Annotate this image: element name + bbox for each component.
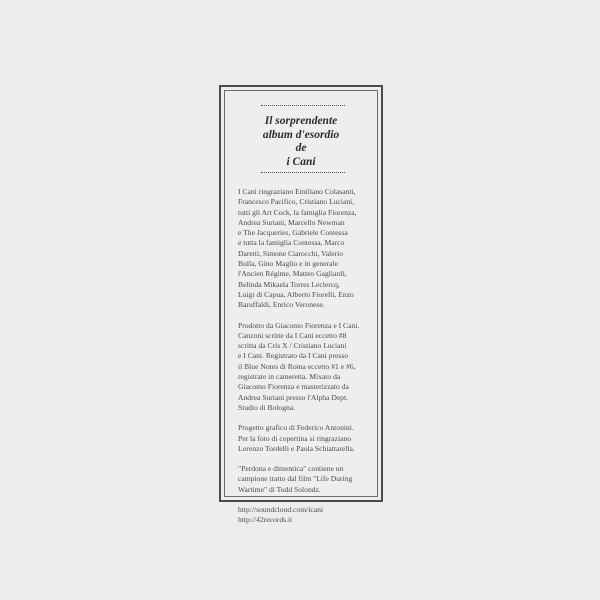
text-line: l'Ancien Régime, Matteo Gagliardi, [238,269,371,279]
text-line: Wartime" di Todd Solondz. [238,485,371,495]
text-line: Baruffaldi, Enrico Veronese. [238,300,371,310]
text-line: Francesco Pacifico, Cristiano Luciani, [238,197,371,207]
credits-text: I Cani ringraziano Emiliano Colasanti, F… [238,187,371,536]
sample-paragraph: "Perdona e dimentica" contiene un campio… [238,464,371,495]
title-line-3: de [225,142,377,156]
text-line: Prodotto da Giacomo Fiorenza e I Cani. [238,321,371,331]
text-line: Studio di Bologna. [238,403,371,413]
acknowledgements-paragraph: I Cani ringraziano Emiliano Colasanti, F… [238,187,371,311]
text-line: I Cani ringraziano Emiliano Colasanti, [238,187,371,197]
text-line: e I Cani. Registrato da I Cani presso [238,351,371,361]
text-line: Progetto grafico di Federico Antonini. [238,423,371,433]
album-title: Il sorprendente album d'esordio de i Can… [225,115,377,169]
text-line: Per la foto di copertina si ringraziano [238,434,371,444]
title-line-4: i Cani [225,156,377,170]
dotted-rule-top [261,105,345,106]
soundcloud-link: http://soundcloud.com/icani [238,505,371,515]
dotted-rule-bottom [261,172,345,173]
text-line: Luigi di Capua, Alberto Fiorelli, Enzo [238,290,371,300]
text-line: Daretti, Simone Ciarocchi, Valerio [238,249,371,259]
label-website-link: http://42records.it [238,515,371,525]
text-line: "Perdona e dimentica" contiene un [238,464,371,474]
text-line: Lorenzo Tordelli e Paola Schiattarella. [238,444,371,454]
text-line: registrate in cameretta. Mixato da [238,372,371,382]
title-line-1: Il sorprendente [225,115,377,129]
text-line: campione tratto dal film "Life During [238,474,371,484]
text-line: e tutta la famiglia Contessa, Marco [238,238,371,248]
text-line: Andrea Suriani, Marcello Newman [238,218,371,228]
production-paragraph: Prodotto da Giacomo Fiorenza e I Cani. C… [238,321,371,414]
text-line: Canzoni scritte da I Cani eccetto #8 [238,331,371,341]
text-line: scritta da Cris X / Cristiano Luciani [238,341,371,351]
text-line: il Blue Notes di Roma eccetto #1 e #6, [238,362,371,372]
design-paragraph: Progetto grafico di Federico Antonini. P… [238,423,371,454]
links-paragraph: http://soundcloud.com/icani http://42rec… [238,505,371,526]
title-line-2: album d'esordio [225,129,377,143]
credits-frame: Il sorprendente album d'esordio de i Can… [219,85,383,502]
text-line: Belinda Mikaela Torres Leclercq, [238,280,371,290]
text-line: Andrea Suriani presso l'Alpha Dept. [238,393,371,403]
text-line: tutti gli Art Cock, la famiglia Fiorenza… [238,208,371,218]
text-line: e The Jacqueries, Gabriele Contessa [238,228,371,238]
text-line: Bulla, Gino Maglio e in generale [238,259,371,269]
text-line: Giacomo Fiorenza e masterizzato da [238,382,371,392]
credits-inner-frame: Il sorprendente album d'esordio de i Can… [224,90,378,497]
